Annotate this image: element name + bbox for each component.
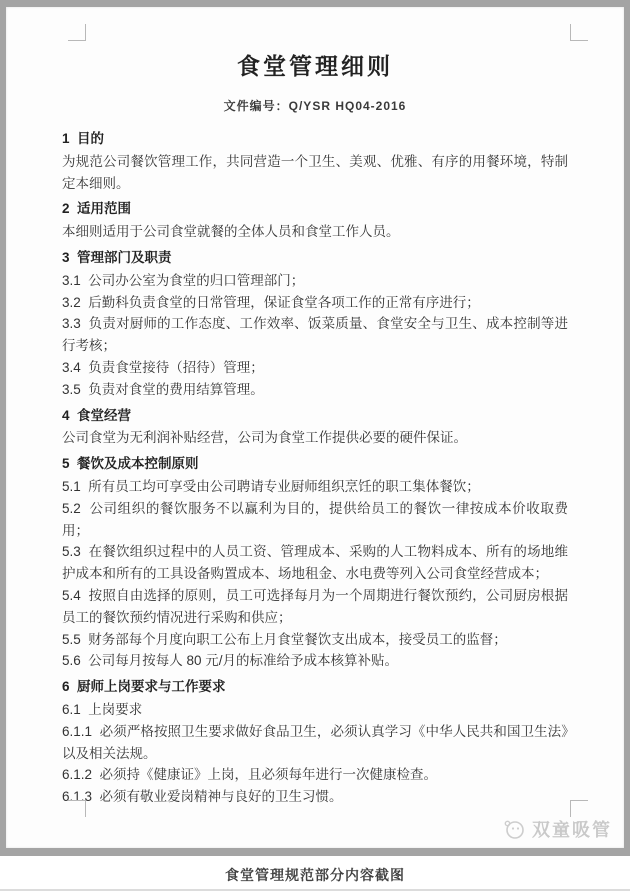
section-heading: 6 厨师上岗要求与工作要求 (62, 676, 568, 698)
brand-name: 双童吸管 (532, 816, 612, 842)
clause-paragraph: 公司食堂为无利润补贴经营，公司为食堂工作提供必要的硬件保证。 (62, 427, 568, 449)
clause-paragraph: 3.2 后勤科负责食堂的日常管理，保证食堂各项工作的正常有序进行； (62, 292, 568, 314)
brand-logo-icon (502, 817, 526, 841)
clause-paragraph: 6.1.2 必须持《健康证》上岗，且必须每年进行一次健康检查。 (62, 764, 568, 786)
section-heading: 2 适用范围 (62, 198, 568, 220)
document-title: 食堂管理细则 (62, 51, 568, 81)
crop-mark-top-right-icon (570, 24, 588, 41)
clause-paragraph: 6.1.1 必须严格按照卫生要求做好食品卫生，必须认真学习《中华人民共和国卫生法… (62, 721, 568, 765)
caption-bar: 食堂管理规范部分内容截图 (0, 856, 630, 893)
section-heading: 3 管理部门及职责 (62, 247, 568, 269)
clause-paragraph: 3.1 公司办公室为食堂的归口管理部门； (62, 270, 568, 292)
crop-mark-bottom-right-icon (570, 800, 588, 817)
document-number: 文件编号：Q/YSR HQ04-2016 (62, 98, 568, 114)
document-page: 食堂管理细则 文件编号：Q/YSR HQ04-2016 1 目的为规范公司餐饮管… (6, 7, 624, 848)
clause-paragraph: 5.3 在餐饮组织过程中的人员工资、管理成本、采购的人工物料成本、所有的场地维护… (62, 541, 568, 585)
clause-paragraph: 本细则适用于公司食堂就餐的全体人员和食堂工作人员。 (62, 221, 568, 243)
clause-paragraph: 6.1 上岗要求 (62, 699, 568, 721)
clause-paragraph: 5.6 公司每月按每人 80 元/月的标准给予成本核算补贴。 (62, 650, 568, 672)
clause-paragraph: 5.1 所有员工均可享受由公司聘请专业厨师组织烹饪的职工集体餐饮； (62, 476, 568, 498)
section-heading: 4 食堂经营 (62, 405, 568, 427)
clause-paragraph: 为规范公司餐饮管理工作，共同营造一个卫生、美观、优雅、有序的用餐环境，特制定本细… (62, 151, 568, 195)
clause-paragraph: 5.4 按照自由选择的原则，员工可选择每月为一个周期进行餐饮预约，公司厨房根据员… (62, 585, 568, 629)
clause-paragraph: 3.5 负责对食堂的费用结算管理。 (62, 379, 568, 401)
clause-paragraph: 3.4 负责食堂接待（招待）管理； (62, 357, 568, 379)
brand-watermark: 双童吸管 (502, 816, 612, 842)
clause-paragraph: 5.2 公司组织的餐饮服务不以赢利为目的，提供给员工的餐饮一律按成本价收取费用； (62, 498, 568, 542)
section-heading: 5 餐饮及成本控制原则 (62, 453, 568, 475)
clause-paragraph: 6.1.3 必须有敬业爱岗精神与良好的卫生习惯。 (62, 786, 568, 808)
image-caption: 食堂管理规范部分内容截图 (225, 865, 405, 885)
bottom-divider (0, 889, 630, 891)
document-screenshot: 食堂管理细则 文件编号：Q/YSR HQ04-2016 1 目的为规范公司餐饮管… (0, 0, 630, 856)
crop-mark-top-left-icon (68, 24, 86, 41)
section-heading: 1 目的 (62, 128, 568, 150)
clause-paragraph: 5.5 财务部每个月度向职工公布上月食堂餐饮支出成本，接受员工的监督； (62, 629, 568, 651)
crop-mark-bottom-left-icon (68, 800, 86, 817)
document-body: 1 目的为规范公司餐饮管理工作，共同营造一个卫生、美观、优雅、有序的用餐环境，特… (62, 128, 568, 808)
page: 食堂管理细则 文件编号：Q/YSR HQ04-2016 1 目的为规范公司餐饮管… (0, 0, 630, 893)
clause-paragraph: 3.3 负责对厨师的工作态度、工作效率、饭菜质量、食堂安全与卫生、成本控制等进行… (62, 313, 568, 357)
